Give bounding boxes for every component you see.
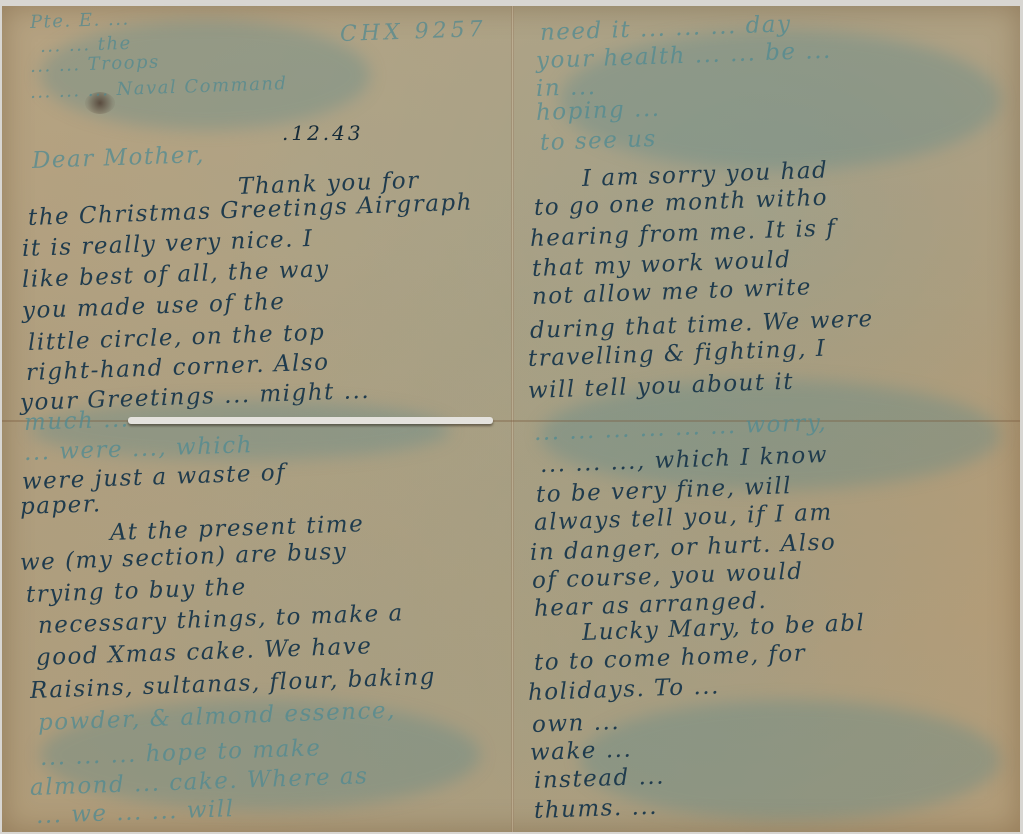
letter-line: wake ... (530, 736, 633, 766)
letter-line: to see us (540, 126, 658, 156)
letter-date: .12.43 (282, 121, 364, 145)
service-number: CHX 9257 (340, 17, 487, 47)
letter-line: hoping ... (536, 96, 661, 126)
letter-line: thums. ... (534, 794, 659, 824)
letter-line: much ... (24, 406, 130, 436)
paper-tear (128, 417, 493, 424)
letter-line: paper. (20, 491, 102, 520)
address-line: Pte. E. ... (30, 9, 130, 33)
letter-line: own ... (532, 709, 621, 738)
letter-line: instead ... (534, 763, 666, 794)
vertical-fold-crease (511, 6, 514, 832)
